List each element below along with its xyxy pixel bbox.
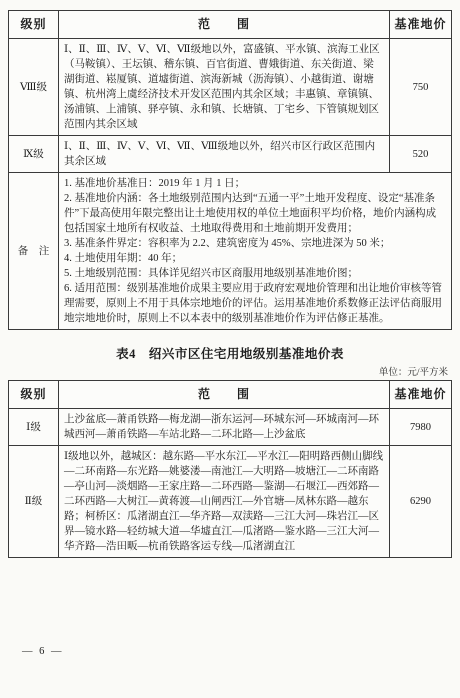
table4-header-range: 范 围 [59, 381, 390, 409]
notes-label-cell: 备 注 [9, 173, 59, 330]
table-residential-land-levels: 级别 范 围 基准地价 Ⅰ级 上沙盆底—萧甬铁路—梅龙湖—浙东运河—环城东河—环… [8, 380, 452, 558]
range-cell: Ⅰ级地以外，越城区：越东路—平水东江—平水江—阳明路西侧山脚线—二环南路—东光路… [59, 446, 390, 558]
table3-header-range: 范 围 [59, 11, 390, 39]
level-cell: Ⅰ级 [9, 409, 59, 446]
table4-title: 表4 绍兴市区住宅用地级别基准地价表 [8, 344, 452, 362]
level-cell: Ⅱ级 [9, 446, 59, 558]
price-cell: 520 [390, 136, 452, 173]
table4-header-row: 级别 范 围 基准地价 [9, 381, 452, 409]
table-row-notes: 备 注 1. 基准地价基准日：2019 年 1 月 1 日； 2. 基准地价内涵… [9, 173, 452, 330]
notes-content-cell: 1. 基准地价基准日：2019 年 1 月 1 日； 2. 基准地价内涵：各土地… [59, 173, 452, 330]
range-cell: 上沙盆底—萧甬铁路—梅龙湖—浙东运河—环城东河—环城南河—环城西河—萧甬铁路—车… [59, 409, 390, 446]
table-commercial-land-levels: 级别 范 围 基准地价 Ⅷ级 Ⅰ、Ⅱ、Ⅲ、Ⅳ、Ⅴ、Ⅵ、Ⅶ级地以外，富盛镇、平水镇… [8, 10, 452, 330]
page-number: — 6 — [22, 646, 64, 657]
table-row-level-9: Ⅸ级 Ⅰ、Ⅱ、Ⅲ、Ⅳ、Ⅴ、Ⅵ、Ⅶ、Ⅷ级地以外，绍兴市区行政区范围内其余区域 52… [9, 136, 452, 173]
table4-unit-label: 单位：元/平方米 [8, 364, 452, 378]
table-row-level-2: Ⅱ级 Ⅰ级地以外，越城区：越东路—平水东江—平水江—阳明路西侧山脚线—二环南路—… [9, 446, 452, 558]
table4-header-level: 级别 [9, 381, 59, 409]
range-cell: Ⅰ、Ⅱ、Ⅲ、Ⅳ、Ⅴ、Ⅵ、Ⅶ级地以外，富盛镇、平水镇、滨海工业区（马鞍镇）、王坛镇… [59, 39, 390, 136]
note-line-5: 5. 土地级别范围：具体详见绍兴市区商服用地级别基准地价图； [64, 266, 446, 281]
table3-header-level: 级别 [9, 11, 59, 39]
price-cell: 6290 [390, 446, 452, 558]
table-row-level-1: Ⅰ级 上沙盆底—萧甬铁路—梅龙湖—浙东运河—环城东河—环城南河—环城西河—萧甬铁… [9, 409, 452, 446]
table3-header-row: 级别 范 围 基准地价 [9, 11, 452, 39]
table4-header-price: 基准地价 [390, 381, 452, 409]
note-line-4: 4. 土地使用年期：40 年； [64, 251, 446, 266]
level-cell: Ⅸ级 [9, 136, 59, 173]
table-row-level-8: Ⅷ级 Ⅰ、Ⅱ、Ⅲ、Ⅳ、Ⅴ、Ⅵ、Ⅶ级地以外，富盛镇、平水镇、滨海工业区（马鞍镇）、… [9, 39, 452, 136]
note-line-3: 3. 基准条件界定：容积率为 2.2、建筑密度为 45%、宗地进深为 50 米； [64, 236, 446, 251]
level-cell: Ⅷ级 [9, 39, 59, 136]
note-line-1: 1. 基准地价基准日：2019 年 1 月 1 日； [64, 176, 446, 191]
note-line-6: 6. 适用范围：级别基准地价成果主要应用于政府宏观地价管理和出让地价审核等管理需… [64, 281, 446, 326]
price-cell: 7980 [390, 409, 452, 446]
note-line-2: 2. 基准地价内涵：各土地级别范围内达到“五通一平”土地开发程度、设定“基准条件… [64, 191, 446, 236]
document-page: 级别 范 围 基准地价 Ⅷ级 Ⅰ、Ⅱ、Ⅲ、Ⅳ、Ⅴ、Ⅵ、Ⅶ级地以外，富盛镇、平水镇… [0, 0, 460, 558]
range-cell: Ⅰ、Ⅱ、Ⅲ、Ⅳ、Ⅴ、Ⅵ、Ⅶ、Ⅷ级地以外，绍兴市区行政区范围内其余区域 [59, 136, 390, 173]
table3-header-price: 基准地价 [390, 11, 452, 39]
price-cell: 750 [390, 39, 452, 136]
